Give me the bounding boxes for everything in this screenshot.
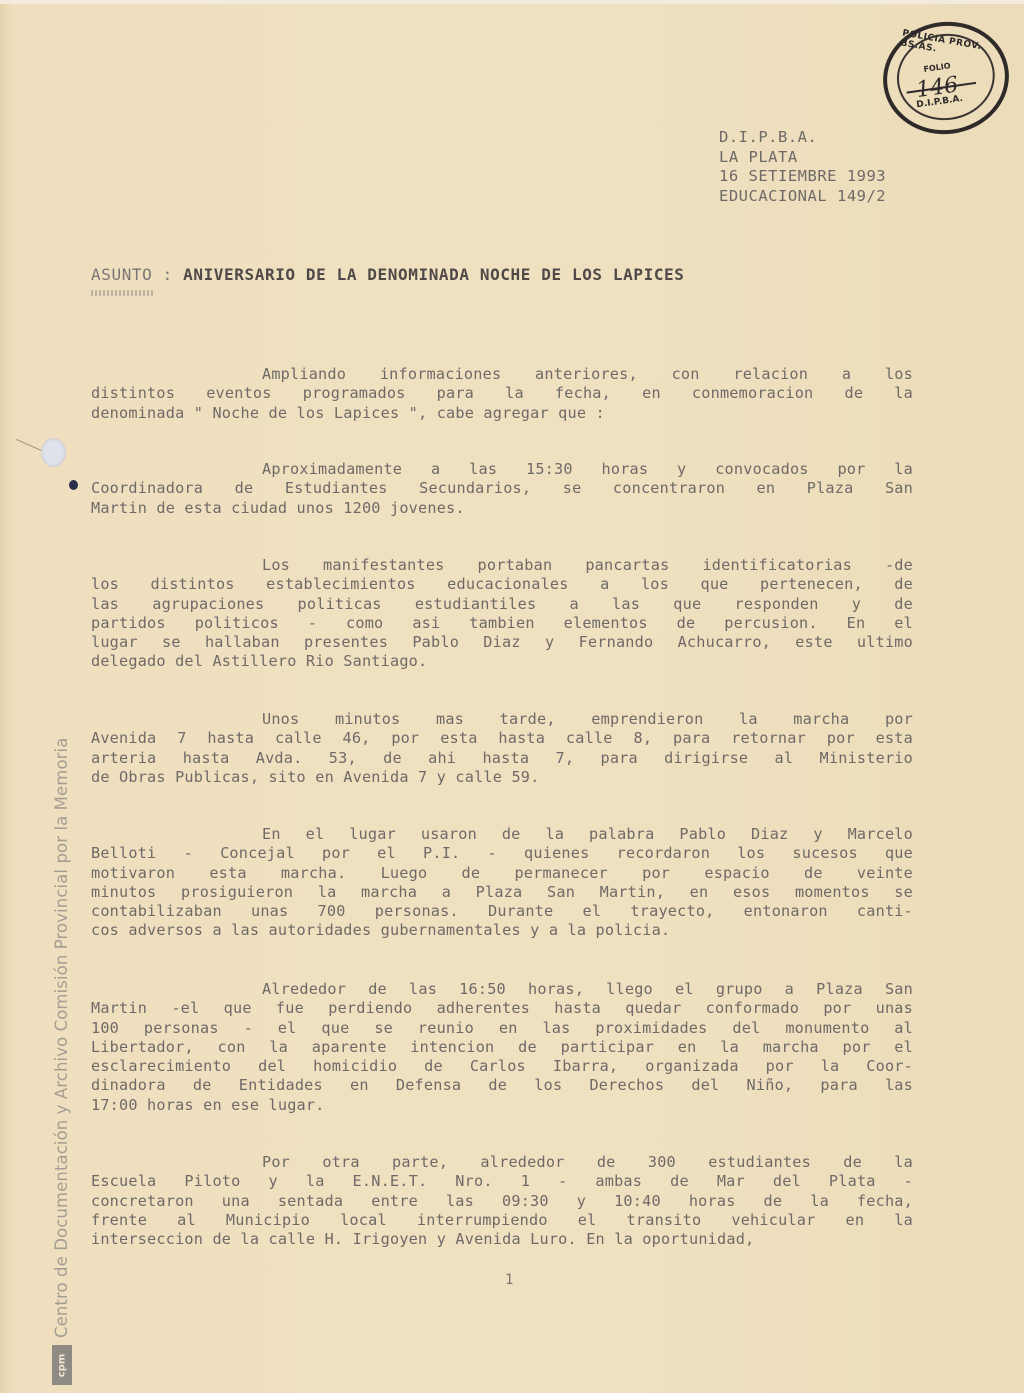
header-agency: D.I.P.B.A. <box>719 128 886 148</box>
header-date: 16 SETIEMBRE 1993 <box>719 167 886 187</box>
paragraph-line: esclarecimiento del homicidio de Carlos … <box>91 1057 913 1076</box>
paragraph-line: dinadora de Entidades en Defensa de los … <box>91 1076 913 1095</box>
page-number: 1 <box>505 1272 513 1288</box>
paragraph: Unos minutos mas tarde, emprendieron la … <box>91 710 913 787</box>
paragraph-line: lugar se hallaban presentes Pablo Diaz y… <box>91 633 913 652</box>
paragraph-line: cos adversos a las autoridades gubername… <box>91 921 913 940</box>
paragraph-line: Alrededor de las 16:50 horas, llego el g… <box>91 980 913 999</box>
paragraph: En el lugar usaron de la palabra Pablo D… <box>91 825 913 941</box>
punch-hole <box>41 438 66 467</box>
paragraph: Alrededor de las 16:50 horas, llego el g… <box>91 980 913 1115</box>
paragraph-line: Por otra parte, alrededor de 300 estudia… <box>91 1153 913 1172</box>
paragraph-line: Aproximadamente a las 15:30 horas y conv… <box>91 460 913 479</box>
paragraph-line: de Obras Publicas, sito en Avenida 7 y c… <box>91 768 913 787</box>
subject-underline <box>91 290 155 296</box>
subject-line: ASUNTO : ANIVERSARIO DE LA DENOMINADA NO… <box>91 265 685 284</box>
paragraph-line: Martin -el que fue perdiendo adherentes … <box>91 999 913 1018</box>
paragraph: Por otra parte, alrededor de 300 estudia… <box>91 1153 913 1249</box>
paragraph-line: 100 personas - el que se reunio en las p… <box>91 1019 913 1038</box>
paragraph-line: Ampliando informaciones anteriores, con … <box>91 365 913 384</box>
document-header: D.I.P.B.A. LA PLATA 16 SETIEMBRE 1993 ED… <box>719 128 886 206</box>
paragraph-line: las agrupaciones politicas estudiantiles… <box>91 595 913 614</box>
paragraph-line: interseccion de la calle H. Irigoyen y A… <box>91 1230 913 1249</box>
paragraph-line: Avenida 7 hasta calle 46, por esta hasta… <box>91 729 913 748</box>
cpm-logo-badge: cpm <box>52 1345 72 1385</box>
paper-crease-mark <box>16 439 44 452</box>
paragraph-line: contabilizaban unas 700 personas. Durant… <box>91 902 913 921</box>
header-reference: EDUCACIONAL 149/2 <box>719 187 886 207</box>
paragraph: Aproximadamente a las 15:30 horas y conv… <box>91 460 913 518</box>
paragraph-line: partidos politicos - como asi tambien el… <box>91 614 913 633</box>
paragraph: Ampliando informaciones anteriores, con … <box>91 365 913 423</box>
police-folio-stamp: POLICIA PROV. BS.AS. FOLIO 146 D.I.P.B.A… <box>876 14 1016 142</box>
paragraph-line: frente al Municipio local interrumpiendo… <box>91 1211 913 1230</box>
paragraph-line: Belloti - Concejal por el P.I. - quienes… <box>91 844 913 863</box>
paragraph-line: concretaron una sentada entre las 09:30 … <box>91 1192 913 1211</box>
paragraph-line: Los manifestantes portaban pancartas ide… <box>91 556 913 575</box>
paragraph-line: arteria hasta Avda. 53, de ahi hasta 7, … <box>91 749 913 768</box>
paragraph-line: Martin de esta ciudad unos 1200 jovenes. <box>91 499 913 518</box>
paragraph-line: Libertador, con la aparente intencion de… <box>91 1038 913 1057</box>
paragraph-line: denominada " Noche de los Lapices ", cab… <box>91 404 913 423</box>
paragraph-line: distintos eventos programados para la fe… <box>91 384 913 403</box>
paragraph-line: motivaron esta marcha. Luego de permanec… <box>91 864 913 883</box>
ink-blot-mark <box>69 480 78 490</box>
paragraph-line: Coordinadora de Estudiantes Secundarios,… <box>91 479 913 498</box>
cpm-logo-text: cpm <box>57 1353 68 1377</box>
subject-title: ANIVERSARIO DE LA DENOMINADA NOCHE DE LO… <box>183 265 684 284</box>
paragraph-line: delegado del Astillero Rio Santiago. <box>91 652 913 671</box>
paragraph-line: los distintos establecimientos educacion… <box>91 575 913 594</box>
document-page: POLICIA PROV. BS.AS. FOLIO 146 D.I.P.B.A… <box>0 0 1024 1393</box>
paragraph-line: minutos prosiguieron la marcha a Plaza S… <box>91 883 913 902</box>
paragraph-line: En el lugar usaron de la palabra Pablo D… <box>91 825 913 844</box>
paragraph: Los manifestantes portaban pancartas ide… <box>91 556 913 672</box>
archive-watermark-text: Centro de Documentación y Archivo Comisi… <box>52 738 71 1338</box>
archive-watermark: Centro de Documentación y Archivo Comisi… <box>52 690 78 1390</box>
paragraph-line: 17:00 horas en ese lugar. <box>91 1096 913 1115</box>
header-city: LA PLATA <box>719 148 886 168</box>
subject-label: ASUNTO : <box>91 265 173 284</box>
paper-top-edge <box>0 0 1024 4</box>
paragraph-line: Escuela Piloto y la E.N.E.T. Nro. 1 - am… <box>91 1172 913 1191</box>
paragraph-line: Unos minutos mas tarde, emprendieron la … <box>91 710 913 729</box>
